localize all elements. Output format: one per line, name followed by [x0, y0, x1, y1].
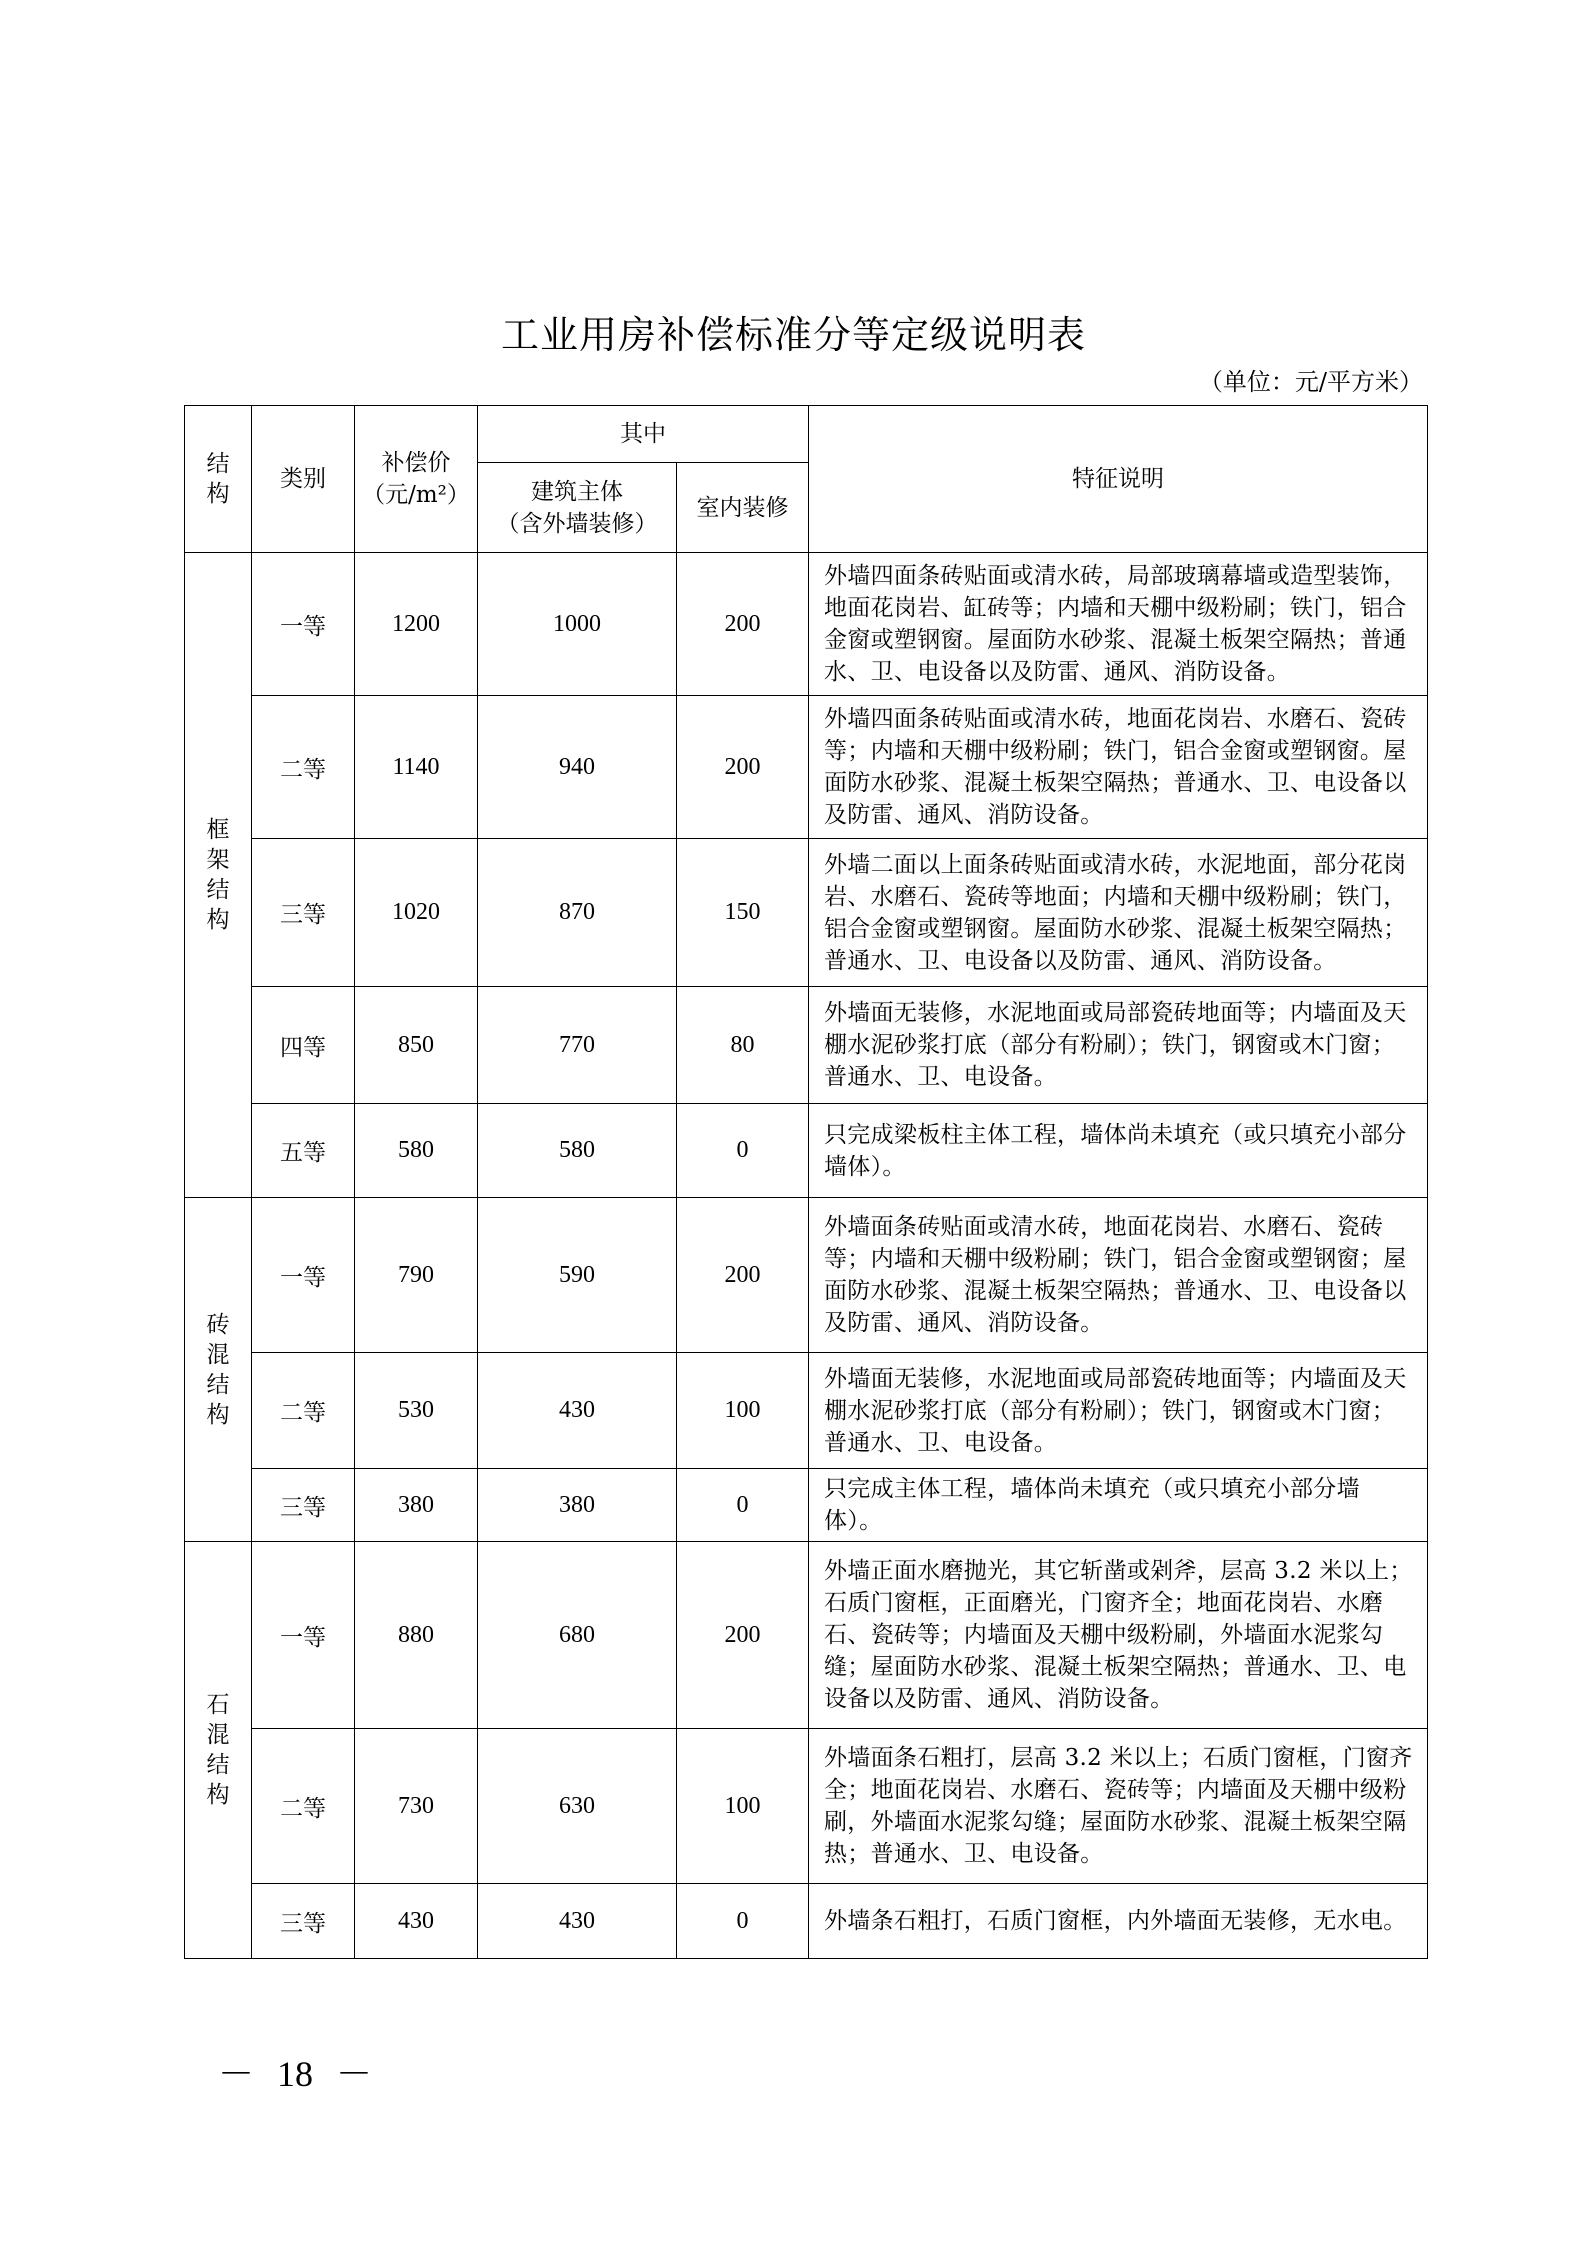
interior-cell: 200 [677, 1198, 809, 1353]
grade-cell: 五等 [252, 1104, 355, 1198]
table-row: 二等 1140 940 200 外墙四面条砖贴面或清水砖，地面花岗岩、水磨石、瓷… [185, 696, 1428, 839]
header-price: 补偿价 （元/m²） [355, 406, 478, 553]
interior-cell: 0 [677, 1884, 809, 1959]
main-body-cell: 940 [478, 696, 677, 839]
grade-cell: 二等 [252, 1729, 355, 1884]
header-interior: 室内装修 [677, 463, 809, 553]
page-title: 工业用房补偿标准分等定级说明表 [0, 312, 1587, 358]
interior-cell: 200 [677, 1542, 809, 1729]
grade-cell: 三等 [252, 1884, 355, 1959]
price-cell: 430 [355, 1884, 478, 1959]
structure-label: 石混结构 [205, 1690, 230, 1810]
header-main-body-line1: 建筑主体 [478, 476, 676, 508]
header-grade: 类别 [252, 406, 355, 553]
description-cell: 外墙四面条砖贴面或清水砖，地面花岗岩、水磨石、瓷砖等；内墙和天棚中级粉刷；铁门，… [809, 696, 1428, 839]
description-cell: 只完成主体工程，墙体尚未填充（或只填充小部分墙体）。 [809, 1469, 1428, 1542]
description-cell: 外墙面无装修，水泥地面或局部瓷砖地面等；内墙面及天棚水泥砂浆打底（部分有粉刷）；… [809, 1353, 1428, 1469]
structure-cell-brick: 砖混结构 [185, 1198, 252, 1542]
compensation-grade-table: 结构 类别 补偿价 （元/m²） 其中 特征说明 建筑主体 （含外墙装修） 室内… [184, 405, 1428, 1959]
table-row: 三等 380 380 0 只完成主体工程，墙体尚未填充（或只填充小部分墙体）。 [185, 1469, 1428, 1542]
grade-cell: 一等 [252, 1198, 355, 1353]
grade-cell: 一等 [252, 1542, 355, 1729]
interior-cell: 0 [677, 1104, 809, 1198]
table-row: 框架结构 一等 1200 1000 200 外墙四面条砖贴面或清水砖，局部玻璃幕… [185, 553, 1428, 696]
grade-cell: 一等 [252, 553, 355, 696]
header-main-body-line2: （含外墙装修） [478, 508, 676, 540]
main-body-cell: 630 [478, 1729, 677, 1884]
structure-cell-frame: 框架结构 [185, 553, 252, 1198]
table-row: 四等 850 770 80 外墙面无装修，水泥地面或局部瓷砖地面等；内墙面及天棚… [185, 987, 1428, 1104]
interior-cell: 0 [677, 1469, 809, 1542]
interior-cell: 100 [677, 1353, 809, 1469]
header-structure-label: 结构 [205, 449, 230, 509]
header-description: 特征说明 [809, 406, 1428, 553]
header-of-which: 其中 [478, 406, 809, 463]
structure-cell-stone: 石混结构 [185, 1542, 252, 1959]
interior-cell: 80 [677, 987, 809, 1104]
interior-cell: 100 [677, 1729, 809, 1884]
table-row: 砖混结构 一等 790 590 200 外墙面条砖贴面或清水砖，地面花岗岩、水磨… [185, 1198, 1428, 1353]
main-body-cell: 380 [478, 1469, 677, 1542]
description-cell: 外墙正面水磨抛光，其它斩凿或剁斧，层高 3.2 米以上；石质门窗框，正面磨光，门… [809, 1542, 1428, 1729]
main-body-cell: 430 [478, 1353, 677, 1469]
table-row: 五等 580 580 0 只完成梁板柱主体工程，墙体尚未填充（或只填充小部分墙体… [185, 1104, 1428, 1198]
main-body-cell: 680 [478, 1542, 677, 1729]
interior-cell: 150 [677, 839, 809, 987]
interior-cell: 200 [677, 696, 809, 839]
price-cell: 530 [355, 1353, 478, 1469]
table-row: 三等 430 430 0 外墙条石粗打，石质门窗框，内外墙面无装修，无水电。 [185, 1884, 1428, 1959]
price-cell: 880 [355, 1542, 478, 1729]
table-row: 三等 1020 870 150 外墙二面以上面条砖贴面或清水砖，水泥地面，部分花… [185, 839, 1428, 987]
main-body-cell: 590 [478, 1198, 677, 1353]
price-cell: 380 [355, 1469, 478, 1542]
table-row: 二等 730 630 100 外墙面条石粗打，层高 3.2 米以上；石质门窗框，… [185, 1729, 1428, 1884]
description-cell: 外墙四面条砖贴面或清水砖，局部玻璃幕墙或造型装饰，地面花岗岩、缸砖等；内墙和天棚… [809, 553, 1428, 696]
header-structure: 结构 [185, 406, 252, 553]
price-cell: 580 [355, 1104, 478, 1198]
description-cell: 外墙条石粗打，石质门窗框，内外墙面无装修，无水电。 [809, 1884, 1428, 1959]
main-body-cell: 430 [478, 1884, 677, 1959]
price-cell: 1140 [355, 696, 478, 839]
price-cell: 1200 [355, 553, 478, 696]
price-cell: 1020 [355, 839, 478, 987]
description-cell: 外墙面条砖贴面或清水砖，地面花岗岩、水磨石、瓷砖等；内墙和天棚中级粉刷；铁门，铝… [809, 1198, 1428, 1353]
description-cell: 外墙面条石粗打，层高 3.2 米以上；石质门窗框，门窗齐全；地面花岗岩、水磨石、… [809, 1729, 1428, 1884]
interior-cell: 200 [677, 553, 809, 696]
header-main-body: 建筑主体 （含外墙装修） [478, 463, 677, 553]
grade-cell: 二等 [252, 1353, 355, 1469]
table-row: 二等 530 430 100 外墙面无装修，水泥地面或局部瓷砖地面等；内墙面及天… [185, 1353, 1428, 1469]
grade-cell: 二等 [252, 696, 355, 839]
grade-cell: 三等 [252, 839, 355, 987]
header-price-line2: （元/m²） [355, 479, 477, 511]
unit-label: （单位：元/平方米） [1199, 368, 1423, 396]
grade-cell: 三等 [252, 1469, 355, 1542]
header-price-line1: 补偿价 [355, 447, 477, 479]
structure-label: 砖混结构 [205, 1310, 230, 1430]
table-row: 石混结构 一等 880 680 200 外墙正面水磨抛光，其它斩凿或剁斧，层高 … [185, 1542, 1428, 1729]
price-cell: 730 [355, 1729, 478, 1884]
main-body-cell: 770 [478, 987, 677, 1104]
main-body-cell: 1000 [478, 553, 677, 696]
price-cell: 790 [355, 1198, 478, 1353]
main-body-cell: 580 [478, 1104, 677, 1198]
grade-cell: 四等 [252, 987, 355, 1104]
description-cell: 只完成梁板柱主体工程，墙体尚未填充（或只填充小部分墙体）。 [809, 1104, 1428, 1198]
structure-label: 框架结构 [205, 815, 230, 935]
page-number: － 18 － [218, 2052, 372, 2096]
description-cell: 外墙二面以上面条砖贴面或清水砖，水泥地面，部分花岗岩、水磨石、瓷砖等地面；内墙和… [809, 839, 1428, 987]
price-cell: 850 [355, 987, 478, 1104]
main-body-cell: 870 [478, 839, 677, 987]
description-cell: 外墙面无装修，水泥地面或局部瓷砖地面等；内墙面及天棚水泥砂浆打底（部分有粉刷）；… [809, 987, 1428, 1104]
